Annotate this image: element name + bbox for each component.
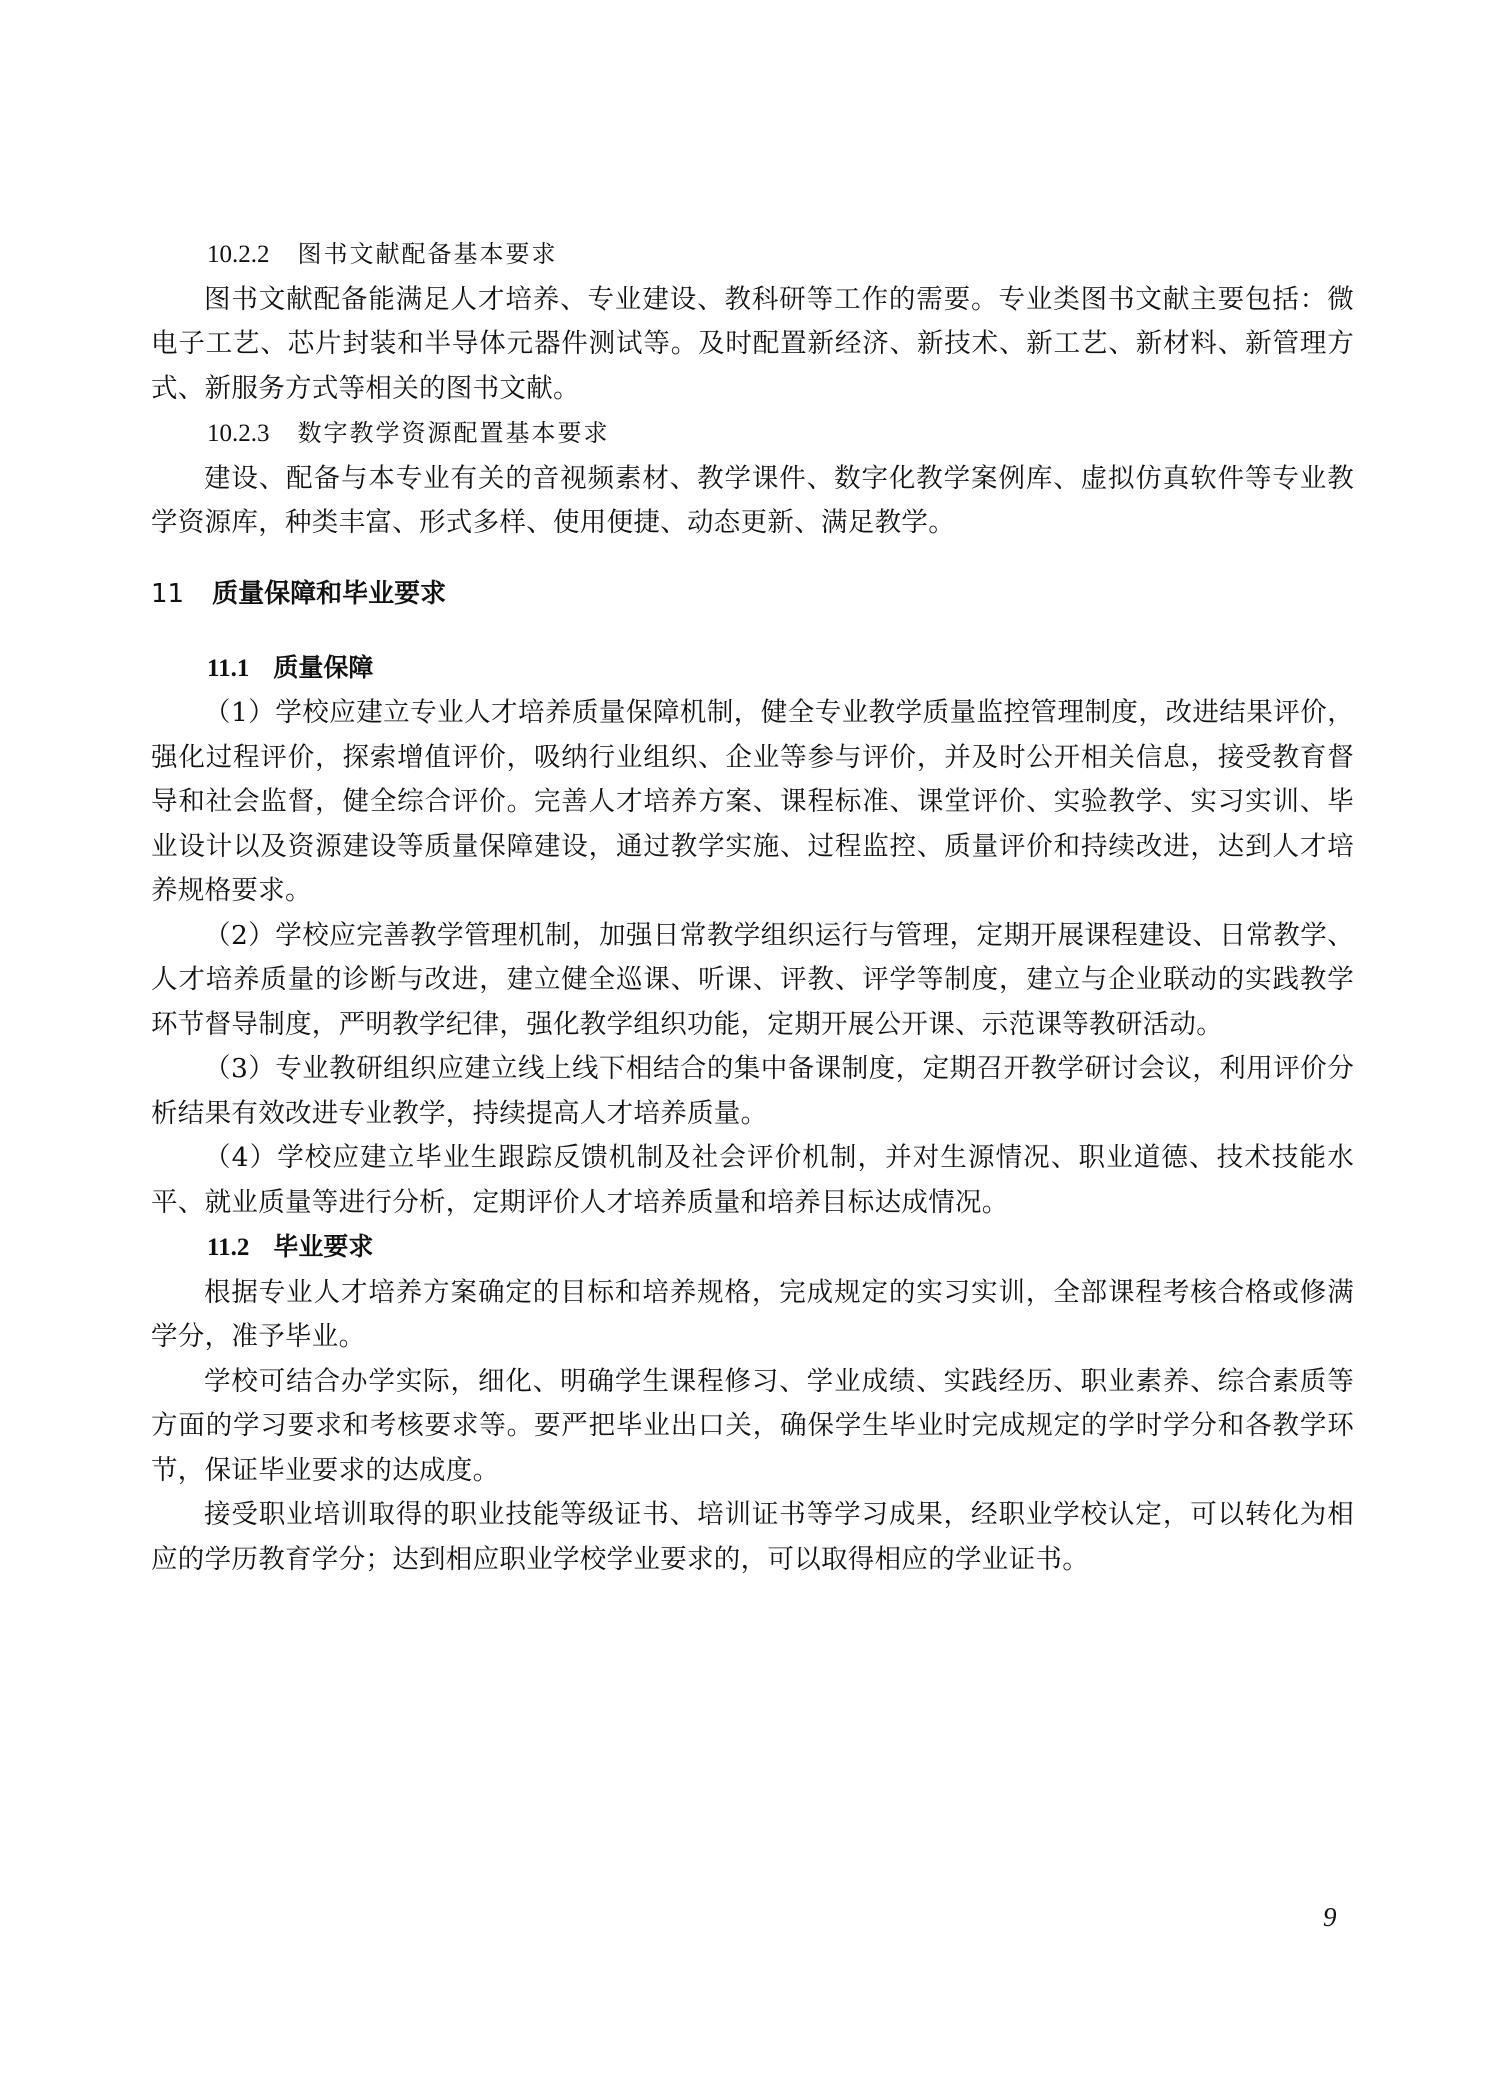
- section-heading-11-1: 11.1质量保障: [151, 646, 1354, 692]
- paragraph: 接受职业培训取得的职业技能等级证书、培训证书等学习成果，经职业学校认定，可以转化…: [151, 1493, 1354, 1582]
- section-title: 毕业要求: [273, 1232, 373, 1261]
- chapter-title: 质量保障和毕业要求: [212, 579, 446, 609]
- section-title: 图书文献配备基本要求: [298, 240, 558, 268]
- section-title: 数字教学资源配置基本要求: [298, 419, 610, 447]
- paragraph: 学校可结合办学实际，细化、明确学生课程修习、学业成绩、实践经历、职业素养、综合素…: [151, 1360, 1354, 1494]
- page-number: 9: [1323, 1902, 1337, 1933]
- section-number: 11.2: [207, 1234, 249, 1261]
- paragraph: （4）学校应建立毕业生跟踪反馈机制及社会评价机制，并对生源情况、职业道德、技术技…: [151, 1136, 1354, 1225]
- section-heading-10-2-3: 10.2.3数字教学资源配置基本要求: [151, 411, 1354, 457]
- chapter-number: 11: [151, 579, 184, 609]
- section-heading-11-2: 11.2毕业要求: [151, 1225, 1354, 1271]
- paragraph: （3）专业教研组织应建立线上线下相结合的集中备课制度，定期召开教学研讨会议，利用…: [151, 1047, 1354, 1136]
- section-number: 10.2.3: [207, 420, 270, 447]
- paragraph: （1）学校应建立专业人才培养质量保障机制，健全专业教学质量监控管理制度，改进结果…: [151, 691, 1354, 914]
- paragraph: 建设、配备与本专业有关的音视频素材、教学课件、数字化教学案例库、虚拟仿真软件等专…: [151, 457, 1354, 546]
- document-page: 10.2.2图书文献配备基本要求 图书文献配备能满足人才培养、专业建设、教科研等…: [151, 232, 1354, 1582]
- paragraph: 根据专业人才培养方案确定的目标和培养规格，完成规定的实习实训，全部课程考核合格或…: [151, 1271, 1354, 1360]
- section-heading-10-2-2: 10.2.2图书文献配备基本要求: [151, 232, 1354, 278]
- chapter-heading-11: 11质量保障和毕业要求: [151, 572, 1354, 616]
- paragraph: （2）学校应完善教学管理机制，加强日常教学组织运行与管理，定期开展课程建设、日常…: [151, 914, 1354, 1048]
- section-title: 质量保障: [273, 653, 373, 682]
- paragraph: 图书文献配备能满足人才培养、专业建设、教科研等工作的需要。专业类图书文献主要包括…: [151, 278, 1354, 412]
- section-number: 11.1: [207, 655, 249, 682]
- section-number: 10.2.2: [207, 241, 270, 268]
